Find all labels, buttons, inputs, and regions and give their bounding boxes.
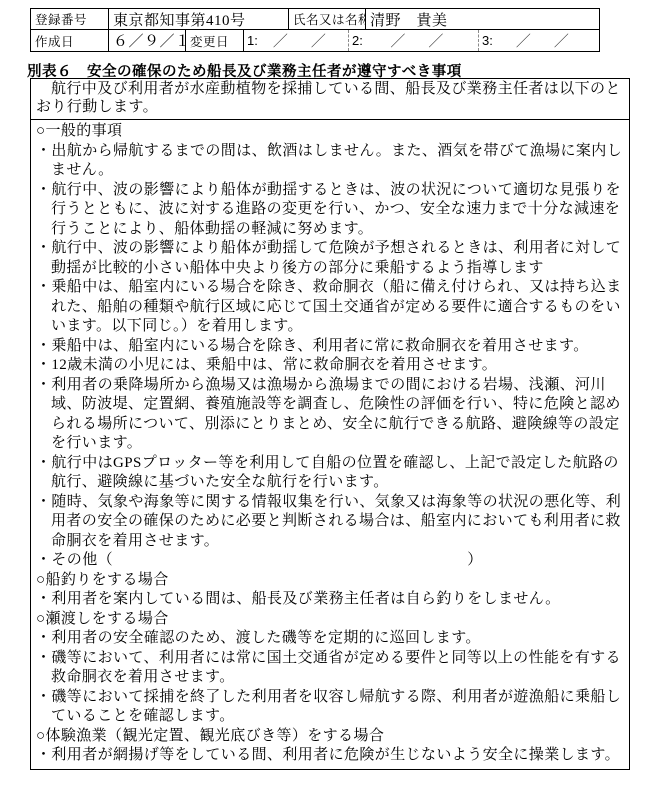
change-slot-3-number: 3: (482, 33, 493, 48)
rule-item-wave-danger-seating: ・航行中、波の影響により船体が動揺して危険が予想されるときは、利用者に対して動揺… (36, 239, 624, 278)
changed-date-label: 変更日 (190, 32, 229, 50)
change-slot-3-value: ／ ／ (493, 30, 596, 51)
rule-item-wave-lookout: ・航行中、波の影響により船体が動揺するときは、波の状況について適切な見張りを行う… (36, 181, 624, 240)
rule-item-other: ・その他（ ） (36, 551, 624, 571)
rule-item-weather-info: ・随時、気象や海象等に関する情報収集を行い、気象又は海象等の状況の悪化等、利用者… (36, 493, 624, 552)
rule-item-no-self-fishing: ・利用者を案内している間は、船長及び業務主任者は自ら釣りをしません。 (36, 590, 624, 610)
section-heading-sewatashi: ○瀬渡しをする場合 (36, 610, 624, 630)
rule-item-lifejacket-children: ・12歳未満の小児には、乗船中は、常に救命胴衣を着用させます。 (36, 356, 624, 376)
holder-name-label-cell: 氏名又は名称 (289, 9, 366, 29)
registration-number-label: 登録番号 (35, 10, 87, 28)
holder-name-label: 氏名又は名称 (293, 10, 366, 28)
holder-name-value-cell: 清野 貴美 (366, 9, 599, 29)
registration-number-label-cell: 登録番号 (31, 9, 109, 29)
rules-list: ○一般的事項 ・出航から帰航するまでの間は、飲酒はしません。また、酒気を帯びて漁… (31, 120, 629, 766)
registration-number-value-cell: 東京都知事第410号 (109, 9, 289, 29)
changed-date-label-cell: 変更日 (186, 30, 244, 51)
section-heading-boat-fishing: ○船釣りをする場合 (36, 571, 624, 591)
rule-item-pickup-confirm: ・磯等において採捕を終了した利用者を収容し帰航する際、利用者が遊漁船に乗船してい… (36, 688, 624, 727)
rule-item-gps-plotter: ・航行中はGPSプロッター等を利用して自船の位置を確認し、上記で設定した航路の航… (36, 454, 624, 493)
rule-item-lifejacket-crew: ・乗船中は、船室内にいる場合を除き、救命胴衣（船に備え付けられ、又は持ち込まれた… (36, 278, 624, 337)
rule-item-hazard-survey: ・利用者の乗降場所から漁場又は漁場から漁場までの間における岩場、浅瀬、河川域、防… (36, 376, 624, 454)
header-row-dates: 作成日 ６／９／１７ 変更日 1: ／ ／ 2: ／ ／ 3: ／ ／ (31, 30, 599, 51)
registration-header-table: 登録番号 東京都知事第410号 氏名又は名称 清野 貴美 作成日 ６／９／１７ … (30, 8, 600, 52)
rules-box: 航行中及び利用者が水産動植物を採捕している間、船長及び業務主任者は以下のとおり行… (30, 78, 630, 770)
change-slot-2-number: 2: (352, 33, 363, 48)
created-date-label: 作成日 (35, 32, 74, 50)
change-date-slot-3: 3: ／ ／ (478, 30, 599, 51)
change-date-slot-1: 1: ／ ／ (244, 30, 348, 51)
change-slot-1-value: ／ ／ (258, 30, 345, 51)
created-date-value-cell: ６／９／１７ (109, 30, 186, 51)
change-slot-2-value: ／ ／ (363, 30, 475, 51)
rule-item-patrol-rocks: ・利用者の安全確認のため、渡した磯等を定期的に巡回します。 (36, 629, 624, 649)
holder-name-value: 清野 貴美 (370, 9, 448, 29)
section-heading-general: ○一般的事項 (36, 122, 624, 142)
intro-paragraph: 航行中及び利用者が水産動植物を採捕している間、船長及び業務主任者は以下のとおり行… (31, 79, 629, 120)
rule-item-rock-lifejacket: ・磯等において、利用者には常に国土交通省が定める要件と同等以上の性能を有する救命… (36, 649, 624, 688)
header-row-registration: 登録番号 東京都知事第410号 氏名又は名称 清野 貴美 (31, 9, 599, 30)
change-slot-1-number: 1: (247, 33, 258, 48)
rule-item-no-drinking: ・出航から帰航するまでの間は、飲酒はしません。また、酒気を帯びて漁場に案内しませ… (36, 142, 624, 181)
document-page: { "header_table": { "registration": { "l… (0, 0, 659, 787)
rule-item-lifejacket-users: ・乗船中は、船室内にいる場合を除き、利用者に常に救命胴衣を着用させます。 (36, 337, 624, 357)
change-date-slot-2: 2: ／ ／ (348, 30, 478, 51)
registration-number-value: 東京都知事第410号 (113, 9, 246, 29)
created-date-label-cell: 作成日 (31, 30, 109, 51)
created-date-value: ６／９／１７ (113, 30, 186, 51)
rule-item-net-hauling-safety: ・利用者が網揚げ等をしている間、利用者に危険が生じないよう安全に操業します。 (36, 746, 624, 766)
section-heading-taiken-gyogyo: ○体験漁業（観光定置、観光底びき等）をする場合 (36, 727, 624, 747)
